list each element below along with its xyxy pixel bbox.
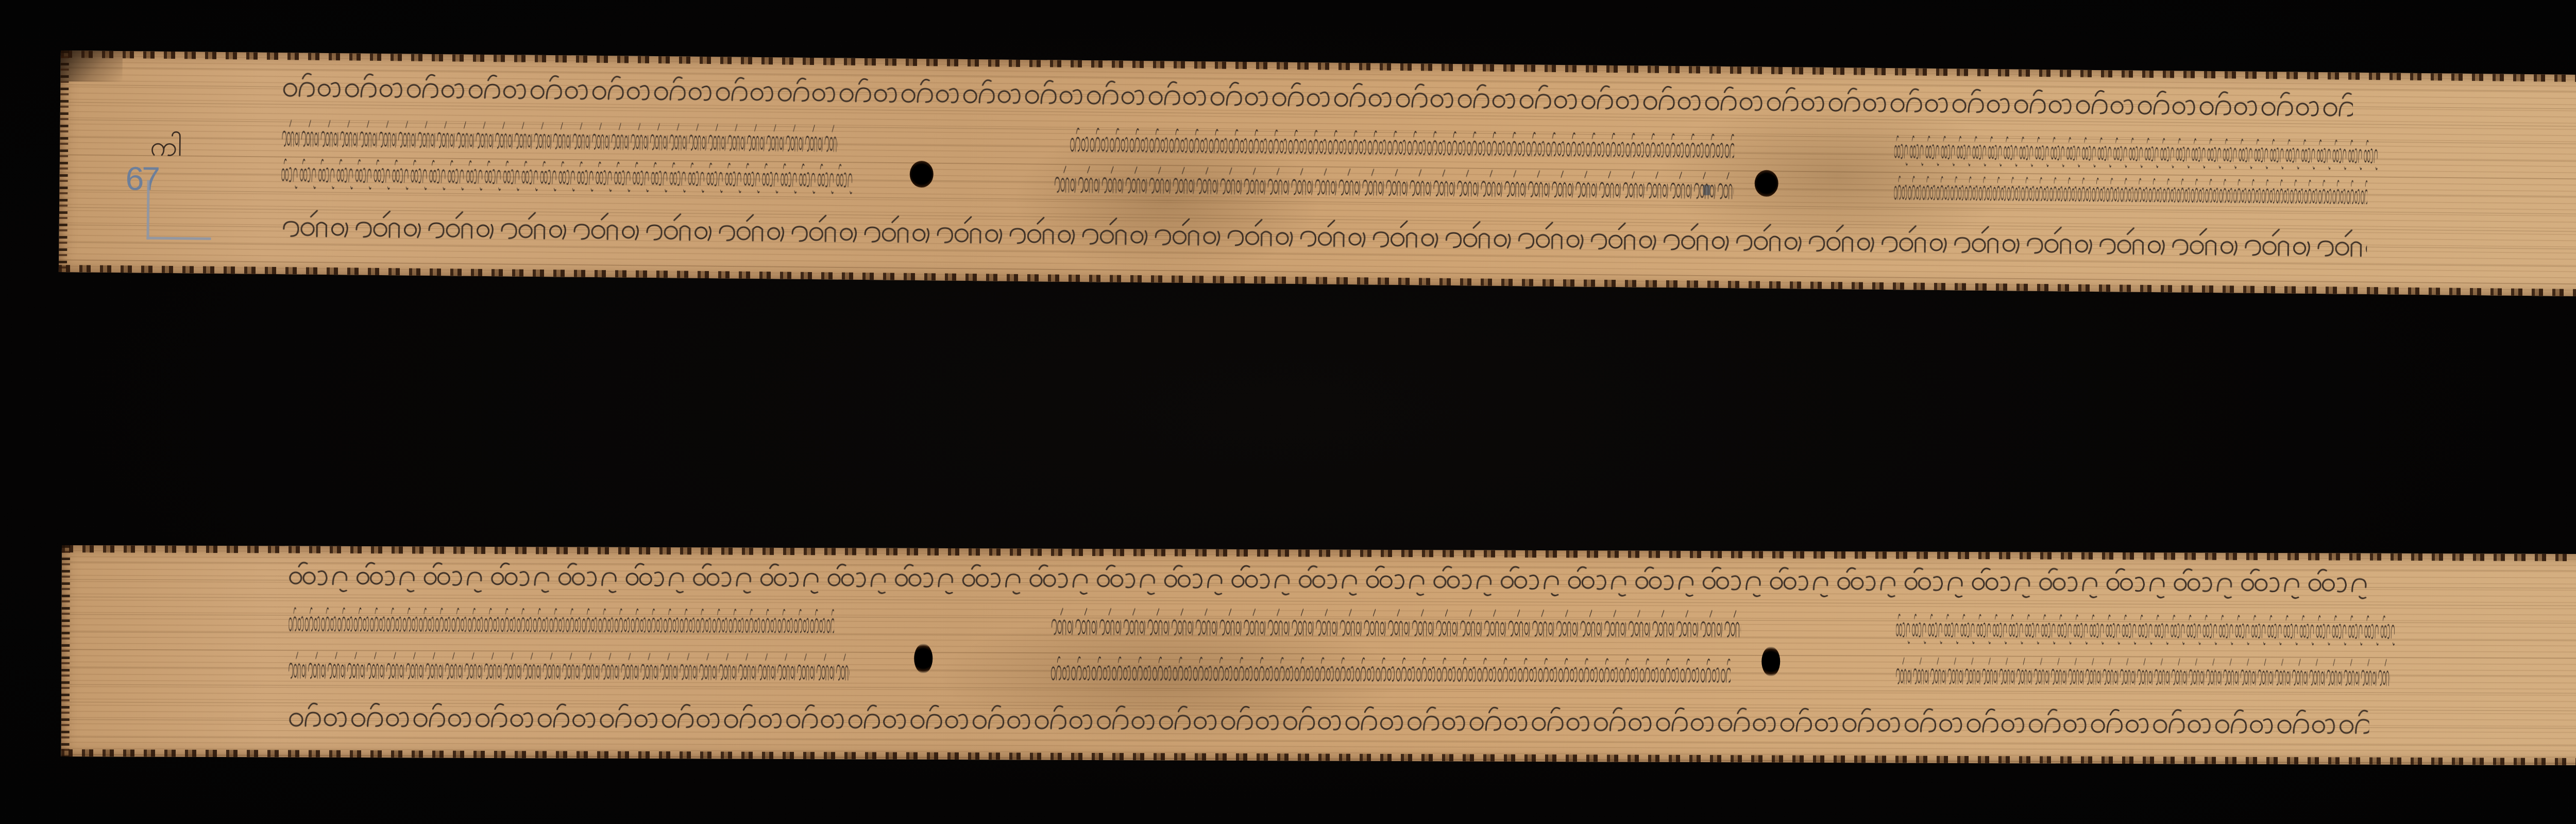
script-strokes — [1894, 130, 2379, 171]
manuscript-line-3-right: [Burmese script — line 3, right block] — [1895, 654, 2390, 692]
manuscript-line-3-left: [Burmese script — line 3, left block] — [281, 153, 853, 195]
script-strokes — [288, 649, 850, 687]
manuscript-line-3-middle: [Burmese script — line 3, middle block] — [1050, 652, 1731, 691]
manuscript-line-3-left: [Burmese script — line 3, left block] — [288, 649, 850, 687]
script-strokes — [288, 698, 2369, 742]
manuscript-line-2-right: [Burmese script — line 2, right block] — [1895, 608, 2395, 646]
manuscript-line-3-middle: [Burmese script — line 3, middle block] — [1054, 163, 1734, 206]
pencil-mark — [146, 180, 211, 240]
script-strokes — [1893, 171, 2368, 212]
script-strokes — [1895, 654, 2390, 692]
script-strokes — [281, 153, 853, 195]
script-strokes — [1070, 123, 1735, 165]
script-strokes — [1050, 606, 1741, 644]
script-strokes — [1050, 652, 1731, 691]
binding-hole-left — [914, 644, 933, 674]
binding-hole-right — [1754, 170, 1778, 197]
binding-hole-right — [1761, 647, 1780, 677]
manuscript-line-2-middle: [Burmese script — line 2, middle block] — [1050, 606, 1741, 644]
manuscript-line-2-right: [Burmese script — line 2, right block] — [1894, 130, 2379, 171]
script-strokes — [1895, 608, 2395, 646]
palm-leaf-top: ကါ 67 [Burmese script — full-width line … — [59, 51, 2576, 297]
manuscript-line-2-middle: [Burmese script — line 2, middle block] — [1070, 123, 1735, 165]
manuscript-line-4: [Burmese script — full-width line 4] — [280, 207, 2367, 263]
leaf-edge-left — [61, 545, 70, 756]
script-strokes — [289, 557, 2370, 600]
leaf-edge-bottom — [59, 265, 2576, 297]
script-strokes — [281, 117, 838, 158]
binding-hole-left — [910, 161, 934, 188]
manuscript-line-2-left: [Burmese script — line 2, left block] — [281, 117, 838, 158]
manuscript-line-4: [Burmese script — full-width line 4] — [288, 698, 2369, 742]
manuscript-line-1: [Burmese script — full-width line 1] — [289, 557, 2370, 600]
script-strokes — [288, 603, 834, 641]
manuscript-line-2-left: [Burmese script — line 2, left block] — [288, 603, 834, 641]
script-strokes — [1054, 163, 1734, 206]
leaf-edge-bottom — [61, 749, 2576, 765]
manuscript-line-3-right: [Burmese script — line 3, right block] — [1893, 171, 2368, 212]
script-strokes — [280, 207, 2367, 263]
leaf-edge-left — [59, 51, 69, 272]
palm-leaf-bottom: [Burmese script — full-width line 1] [Bu… — [61, 545, 2576, 765]
